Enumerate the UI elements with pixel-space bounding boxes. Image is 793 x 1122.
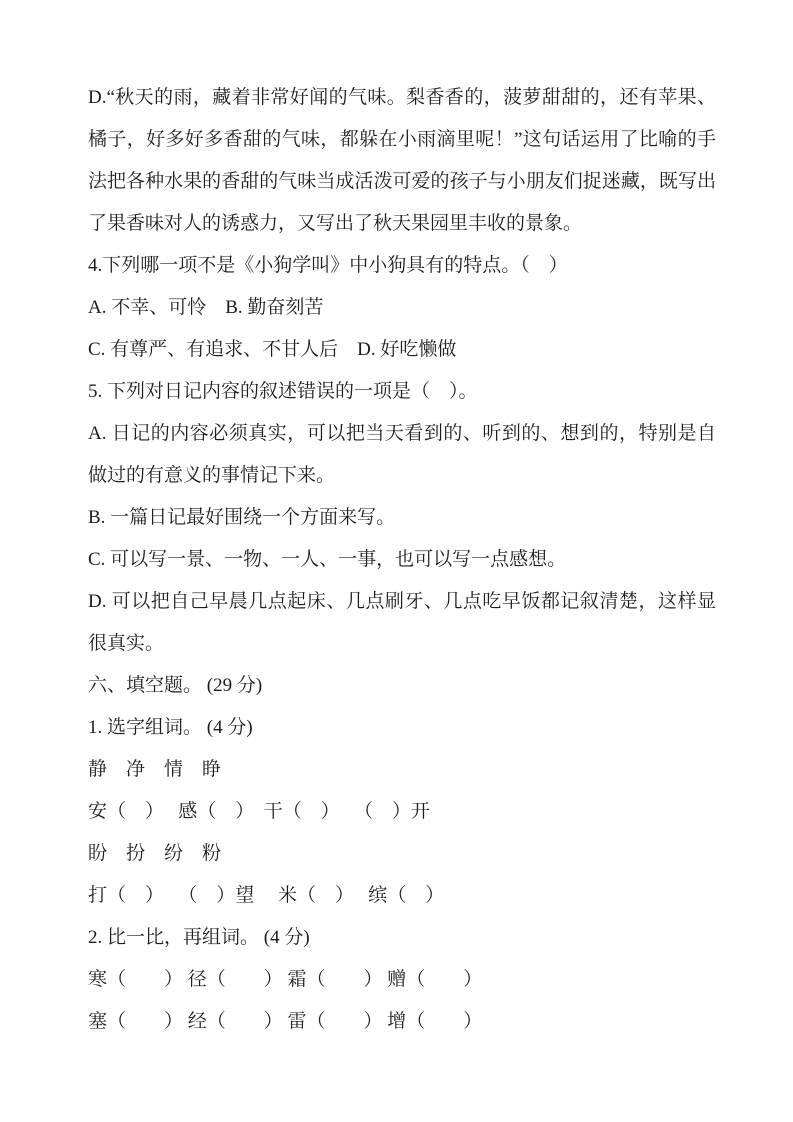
- q5-option-a-line-2: 做过的有意义的事情记下来。: [88, 455, 716, 497]
- q3-option-d-line-4: 了果香味对人的诱惑力，又写出了秋天果园里丰收的景象。: [88, 203, 716, 245]
- task-1-blanks-row-2: 打（ ） （ ）望 米（ ） 缤（ ）: [88, 875, 716, 917]
- q3-option-d-line-1: D.“秋天的雨，藏着非常好闻的气味。梨香香的，菠萝甜甜的，还有苹果、: [88, 77, 716, 119]
- q5-option-c: C. 可以写一景、一物、一人、一事，也可以写一点感想。: [88, 539, 716, 581]
- task-1-character-bank-1: 静 净 情 睁: [88, 749, 716, 791]
- section-6-heading: 六、填空题。 (29 分): [88, 665, 716, 707]
- q3-option-d-line-3: 法把各种水果的香甜的气味当成活泼可爱的孩子与小朋友们捉迷藏，既写出: [88, 161, 716, 203]
- q5-stem: 5. 下列对日记内容的叙述错误的一项是（ ）。: [88, 371, 716, 413]
- q3-option-d-line-2: 橘子，好多好多香甜的气味，都躲在小雨滴里呢！”这句话运用了比喻的手: [88, 119, 716, 161]
- q4-stem: 4.下列哪一项不是《小狗学叫》中小狗具有的特点。（ ）: [88, 245, 716, 287]
- task-2-compare-row-1: 寒（ ） 径（ ） 霜（ ） 赠（ ）: [88, 959, 716, 1001]
- worksheet-page: D.“秋天的雨，藏着非常好闻的气味。梨香香的，菠萝甜甜的，还有苹果、 橘子，好多…: [0, 0, 793, 1122]
- q5-option-b: B. 一篇日记最好围绕一个方面来写。: [88, 497, 716, 539]
- q5-option-d-line-1: D. 可以把自己早晨几点起床、几点刷牙、几点吃早饭都记叙清楚，这样显得: [88, 581, 716, 623]
- task-2-instruction: 2. 比一比，再组词。 (4 分): [88, 917, 716, 959]
- q4-options-c-d: C. 有尊严、有追求、不甘人后 D. 好吃懒做: [88, 329, 716, 371]
- q4-options-a-b: A. 不幸、可怜 B. 勤奋刻苦: [88, 287, 716, 329]
- q5-option-d-line-2: 很真实。: [88, 623, 716, 665]
- task-1-character-bank-2: 盼 扮 纷 粉: [88, 833, 716, 875]
- task-1-blanks-row-1: 安（ ） 感（ ） 干（ ） （ ）开: [88, 791, 716, 833]
- task-1-instruction: 1. 选字组词。 (4 分): [88, 707, 716, 749]
- task-2-compare-row-2: 塞（ ） 经（ ） 雷（ ） 增（ ）: [88, 1001, 716, 1043]
- q5-option-a-line-1: A. 日记的内容必须真实，可以把当天看到的、听到的、想到的，特别是自己: [88, 413, 716, 455]
